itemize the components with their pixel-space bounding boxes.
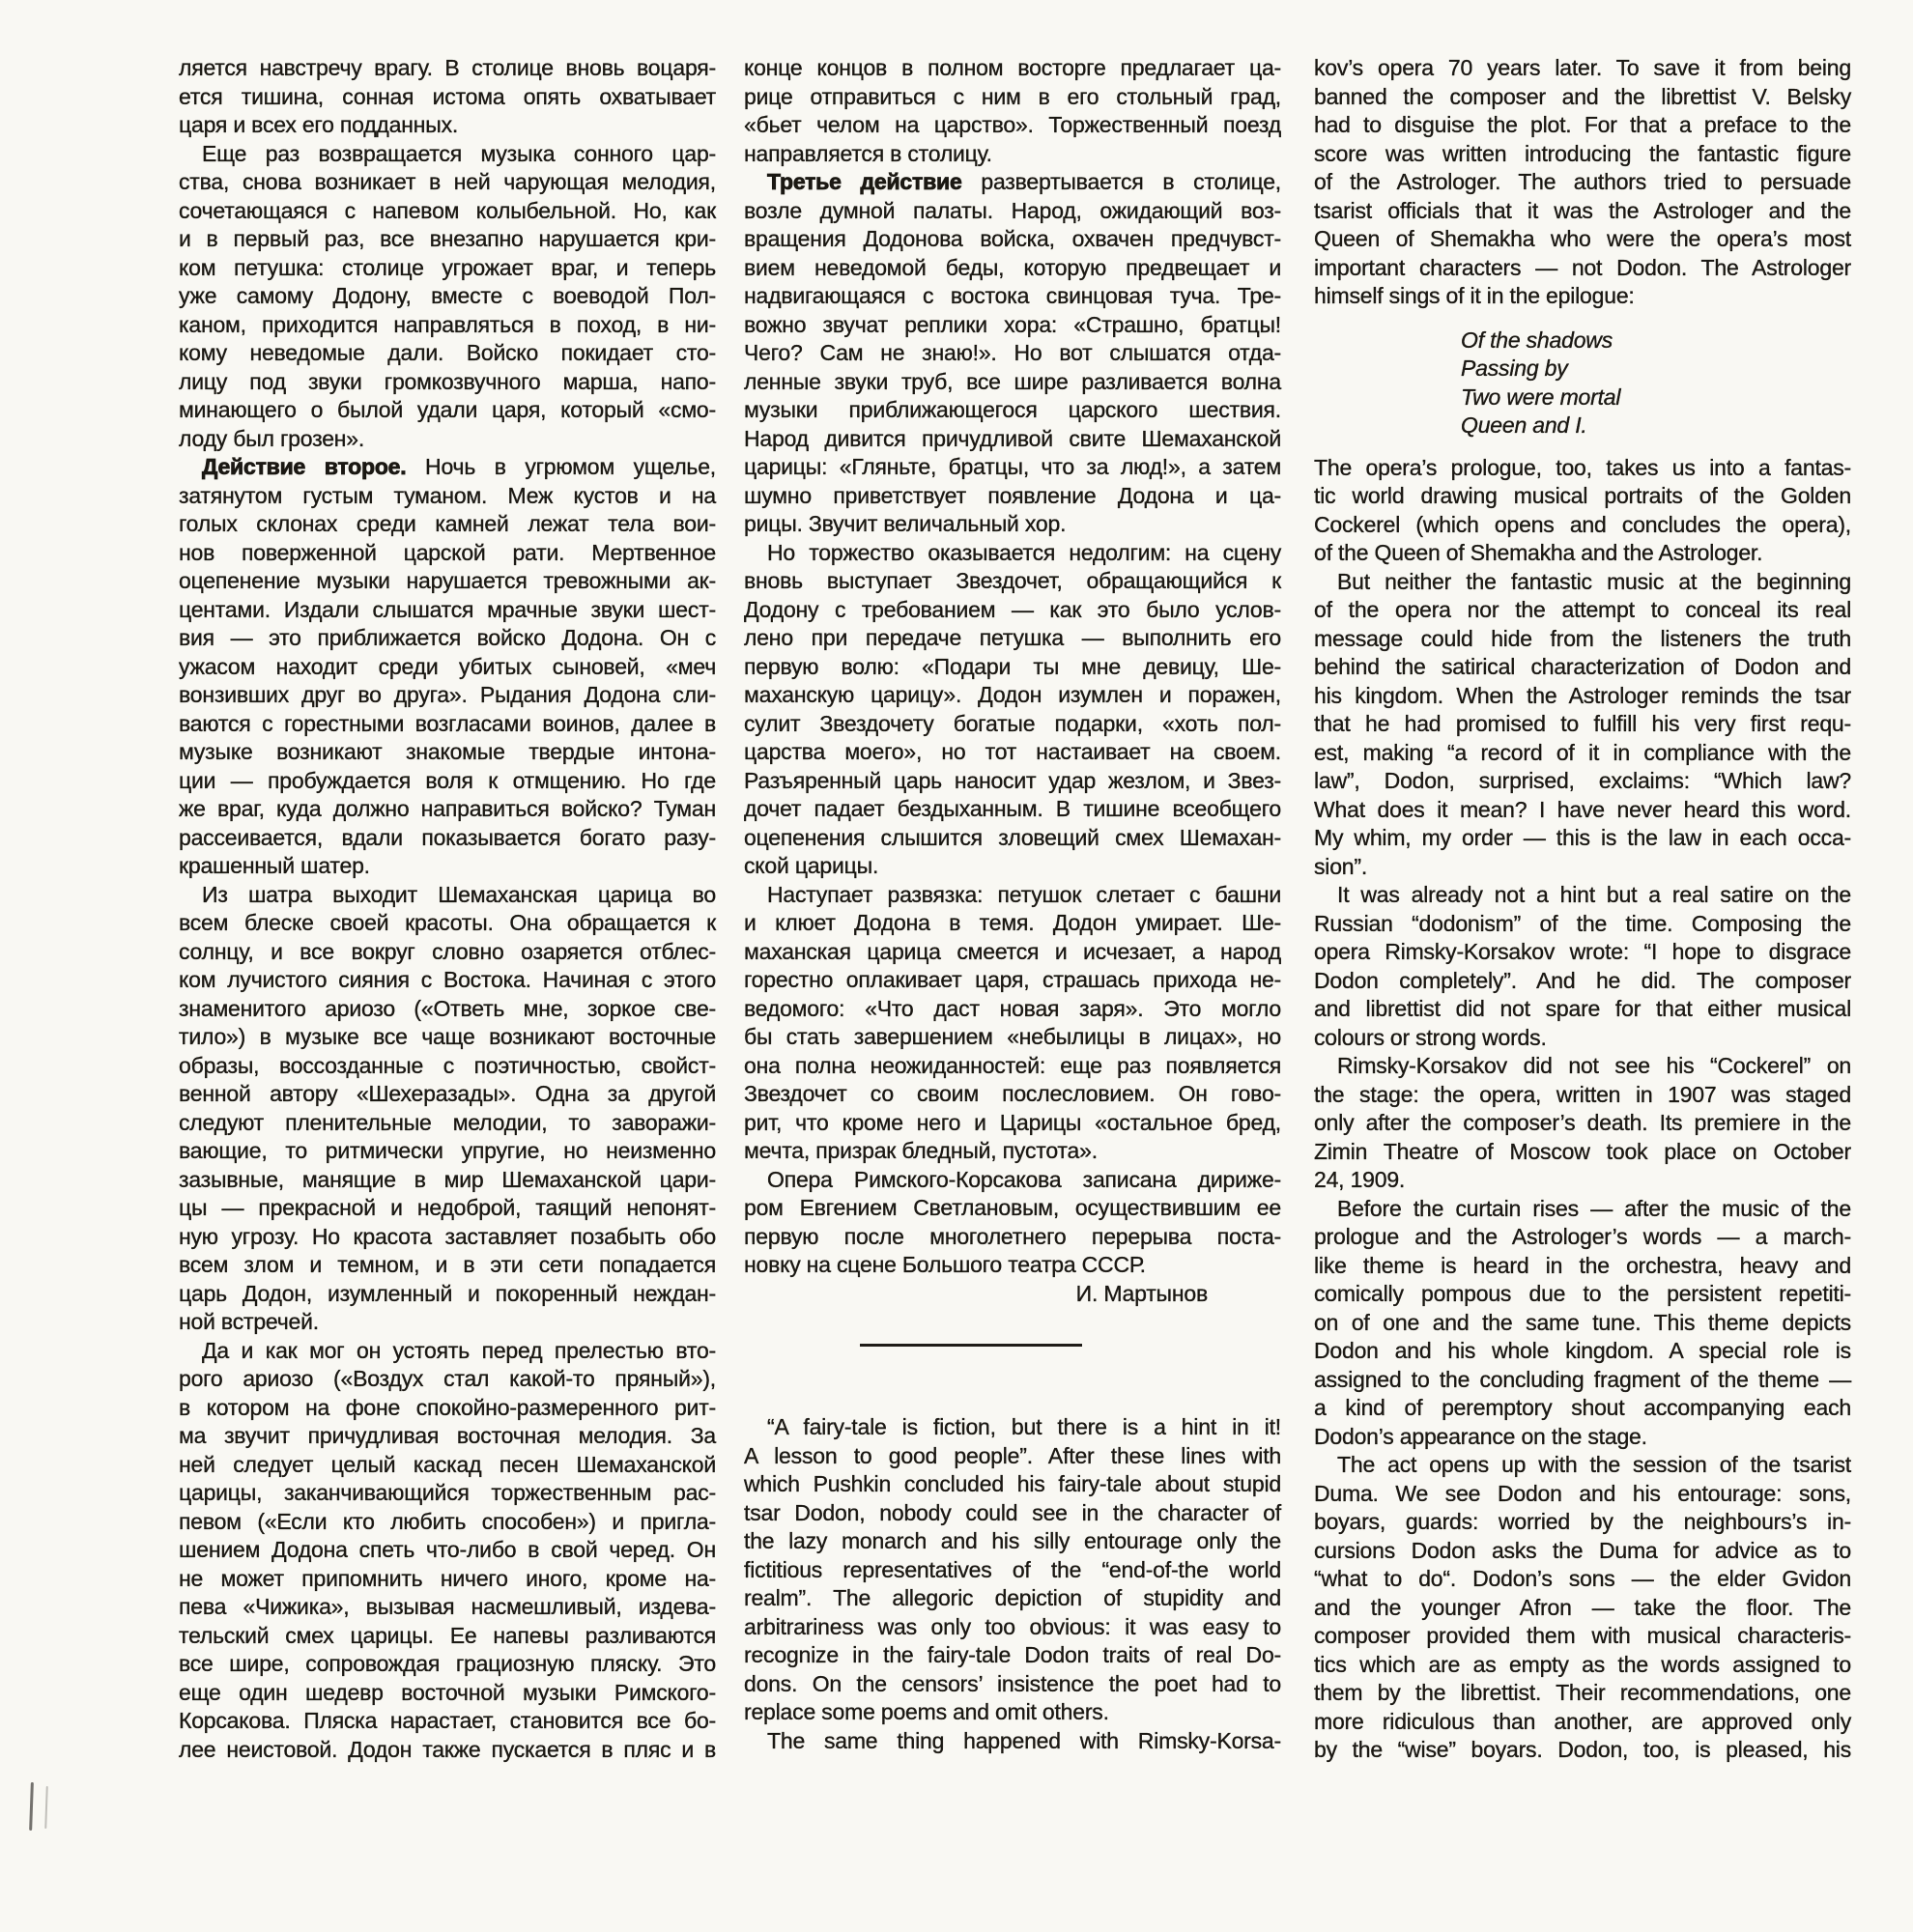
text-line: more ridiculous than another, are approv… (1314, 1708, 1851, 1737)
text-line: est, making “a record of it in complianc… (1314, 739, 1851, 768)
text-line: cursions Dodon asks the Duma for advice … (1314, 1537, 1851, 1566)
text-column-3-english: kov’s opera 70 years later. To save it f… (1314, 54, 1851, 1765)
text-line: But neither the fantastic music at the b… (1314, 568, 1851, 597)
text-line: ваются с горестными возгласами воинов, д… (179, 710, 716, 739)
text-line: colours or strong words. (1314, 1024, 1851, 1053)
text-line: sion”. (1314, 853, 1851, 882)
text-line: оцепенение музыки нарушается тревожными … (179, 567, 716, 596)
text-line: Разъяренный царь наносит удар жезлом, и … (744, 767, 1281, 796)
text-line: a kind of peremptory shout accompanying … (1314, 1394, 1851, 1423)
text-line: царицы: «Гляньте, братцы, что за люд!», … (744, 453, 1281, 482)
text-line: Додону с требованием — как это было усло… (744, 596, 1281, 625)
text-line: все шире, сопровождая грациозную пляску.… (179, 1650, 716, 1679)
text-line: рицы. Звучит величальный хор. (744, 510, 1281, 539)
text-line: вием неведомой беды, которую предвещает … (744, 254, 1281, 283)
text-line: and the younger Afron — take the floor. … (1314, 1594, 1851, 1623)
text-line: had to disguise the plot. For that a pre… (1314, 111, 1851, 140)
text-line: оцепенения слышится зловещий смех Шемаха… (744, 824, 1281, 853)
text-line: My whim, my order — this is the law in e… (1314, 824, 1851, 853)
text-line: Да и как мог он устоять перед прелестью … (179, 1337, 716, 1366)
text-line: всем злом и темном, и в эти сети попадае… (179, 1251, 716, 1280)
text-line: law”, Dodon, surprised, exclaims: “Which… (1314, 767, 1851, 796)
scan-artifact (29, 1782, 34, 1831)
text-column-2-russian-english: конце концов в полном восторге предлагае… (744, 54, 1281, 1755)
text-line: It was already not a hint but a real sat… (1314, 881, 1851, 910)
text-line: replace some poems and omit others. (744, 1698, 1281, 1727)
text-line: же враг, куда должно направиться войско?… (179, 795, 716, 824)
text-line: ком петушка: столице угрожает враг, и те… (179, 254, 716, 283)
text-line: знаменитого ариозо («Ответь мне, зоркое … (179, 995, 716, 1024)
scan-artifact (44, 1786, 48, 1829)
text-line: message could hide from the listeners th… (1314, 625, 1851, 654)
text-line: Опера Римского-Корсакова записана дириже… (744, 1166, 1281, 1195)
text-line: минающего о былой удали царя, который «с… (179, 396, 716, 425)
text-line: What does it mean? I have never heard th… (1314, 796, 1851, 825)
text-line: the stage: the opera, written in 1907 wa… (1314, 1081, 1851, 1110)
text-line: Но торжество оказывается недолгим: на сц… (744, 539, 1281, 568)
text-line: каном, приходится направляться в поход, … (179, 311, 716, 340)
author-signature: И. Мартынов (744, 1280, 1281, 1309)
text-line: солнцу, и все вокруг словно озаряется от… (179, 938, 716, 967)
text-line: ную угрозу. Но красота заставляет позабы… (179, 1223, 716, 1252)
liner-notes-page: ляется навстречу врагу. В столице вновь … (0, 0, 1913, 1932)
text-line: вращения Додонова войска, охвачен предчу… (744, 225, 1281, 254)
text-line: and librettist did not spare for that ei… (1314, 995, 1851, 1024)
text-line: еще один шедевр восточной музыки Римског… (179, 1679, 716, 1708)
text-line: Dodon and his whole kingdom. A special r… (1314, 1337, 1851, 1366)
text-line: Звездочет со своим послесловием. Он гово… (744, 1080, 1281, 1109)
text-line: his kingdom. When the Astrologer reminds… (1314, 682, 1851, 711)
text-line: вновь выступает Звездочет, обращающийся … (744, 567, 1281, 596)
text-line: горестно оплакивает царя, страшась прихо… (744, 966, 1281, 995)
text-line: лее неистовой. Додон также пускается в п… (179, 1736, 716, 1765)
text-line: тило») в музыке все чаще возникают восто… (179, 1023, 716, 1052)
text-line: which Pushkin concluded his fairy-tale a… (744, 1470, 1281, 1499)
text-line: Duma. We see Dodon and his entourage: so… (1314, 1480, 1851, 1509)
text-line: голых склонах среди камней лежат тела во… (179, 510, 716, 539)
text-line: tsarist officials that it was the Astrol… (1314, 197, 1851, 226)
text-line: prologue and the Astrologer’s words — a … (1314, 1223, 1851, 1252)
text-line: ской царицы. (744, 852, 1281, 881)
text-line: The opera’s prologue, too, takes us into… (1314, 454, 1851, 483)
spacer (744, 1347, 1281, 1413)
text-line: шением Додона спеть что-либо в свой чере… (179, 1536, 716, 1565)
text-line: ней следует целый каскад песен Шемаханск… (179, 1451, 716, 1480)
text-line: царицы, заканчивающийся торжественным ра… (179, 1479, 716, 1508)
text-line: рит, что кроме него и Царицы «остальное … (744, 1109, 1281, 1138)
text-line: «бьет челом на царство». Торжественный п… (744, 111, 1281, 140)
text-line: ром Евгением Светлановым, осуществившим … (744, 1194, 1281, 1223)
text-line: behind the satirical characterization of… (1314, 653, 1851, 682)
text-line: “A fairy-tale is fiction, but there is a… (744, 1413, 1281, 1442)
text-line: первую волю: «Подари ты мне девицу, Ше- (744, 653, 1281, 682)
text-line: конце концов в полном восторге предлагае… (744, 54, 1281, 83)
text-line: певом («Если кто любить способен») и при… (179, 1508, 716, 1537)
text-line: музыке возникают знакомые твердые интона… (179, 738, 716, 767)
text-line: banned the composer and the librettist V… (1314, 83, 1851, 112)
spacer (1314, 440, 1851, 454)
text-line: Zimin Theatre of Moscow took place on Oc… (1314, 1138, 1851, 1167)
text-line: arbitrariness was only too obvious: it w… (744, 1613, 1281, 1642)
text-line: сулит Звездочету богатые подарки, «хоть … (744, 710, 1281, 739)
text-line: tic world drawing musical portraits of t… (1314, 482, 1851, 511)
text-line: лоду был грозен». (179, 425, 716, 454)
text-line: рассеивается, вдали показывается богато … (179, 824, 716, 853)
text-line: бы стать завершением «небылицы в лицах»,… (744, 1023, 1281, 1052)
text-line: of the Astrologer. The authors tried to … (1314, 168, 1851, 197)
text-line: them by the librettist. Their recommenda… (1314, 1679, 1851, 1708)
text-line: царства моего», но тот настаивает на сво… (744, 738, 1281, 767)
text-line: нов поверженной царской рати. Мертвенное (179, 539, 716, 568)
text-line: шумно приветствует появление Додона и ца… (744, 482, 1281, 511)
text-line: ляется навстречу врагу. В столице вновь … (179, 54, 716, 83)
text-line: направляется в столицу. (744, 140, 1281, 169)
text-line: of the opera nor the attempt to conceal … (1314, 596, 1851, 625)
verse-line: Of the shadows (1314, 327, 1851, 355)
text-line: вожно звучат реплики хора: «Страшно, бра… (744, 311, 1281, 340)
text-line: и клюет Додона в темя. Додон умирает. Ше… (744, 909, 1281, 938)
text-line: маханская царица смеется и исчезает, а н… (744, 938, 1281, 967)
text-line: Dodon completely”. And he did. The compo… (1314, 967, 1851, 996)
text-line: on of one and the same tune. This theme … (1314, 1309, 1851, 1338)
text-line: assigned to the concluding fragment of t… (1314, 1366, 1851, 1395)
text-line: венной автору «Шехеразады». Одна за друг… (179, 1080, 716, 1109)
text-line: dons. On the censors’ insistence the poe… (744, 1670, 1281, 1699)
text-line: лицу под звуки громкозвучного марша, нап… (179, 368, 716, 397)
text-line: ства, снова возникает в ней чарующая мел… (179, 168, 716, 197)
text-line: score was written introducing the fantas… (1314, 140, 1851, 169)
text-line: himself sings of it in the epilogue: (1314, 282, 1851, 311)
text-line: в котором на фоне спокойно-размеренного … (179, 1394, 716, 1423)
text-line: лено при передаче петушка — выполнить ег… (744, 624, 1281, 653)
verse-line: Queen and I. (1314, 412, 1851, 440)
text-line: вия — это приближается войско Додона. Он… (179, 624, 716, 653)
text-line: Rimsky-Korsakov did not see his “Cockere… (1314, 1052, 1851, 1081)
text-line: that he had promised to fulfill his very… (1314, 710, 1851, 739)
text-line: like theme is heard in the orchestra, he… (1314, 1252, 1851, 1281)
text-line: tics which are as empty as the words ass… (1314, 1651, 1851, 1680)
text-line: tsar Dodon, nobody could see in the char… (744, 1499, 1281, 1528)
text-line: Еще раз возвращается музыка сонного цар- (179, 140, 716, 169)
text-line: Russian “dodonism” of the time. Composin… (1314, 910, 1851, 939)
text-line: ется тишина, сонная истома опять охватыв… (179, 83, 716, 112)
text-line: уже самому Додону, вместе с воеводой Пол… (179, 282, 716, 311)
text-line: и в первый раз, все внезапно нарушается … (179, 225, 716, 254)
text-line: надвигающаяся с востока свинцовая туча. … (744, 282, 1281, 311)
text-line: вонзивших друг во друга». Рыдания Додона… (179, 681, 716, 710)
text-line: A lesson to good people”. After these li… (744, 1442, 1281, 1471)
text-line: comically pompous due to the persistent … (1314, 1280, 1851, 1309)
text-line: only after the composer’s death. Its pre… (1314, 1109, 1851, 1138)
text-line: пева «Чижика», вызывая насмешливый, изде… (179, 1593, 716, 1622)
text-line: образы, воссозданные с поэтичностью, сво… (179, 1052, 716, 1081)
text-line: recognize in the fairy-tale Dodon traits… (744, 1641, 1281, 1670)
text-column-1-russian: ляется навстречу врагу. В столице вновь … (179, 54, 716, 1764)
text-line: кому неведомые дали. Войско покидает сто… (179, 339, 716, 368)
verse-line: Passing by (1314, 355, 1851, 384)
text-line: сочетающаяся с напевом колыбельной. Но, … (179, 197, 716, 226)
text-line: дочет падает бездыханным. В тишине всеоб… (744, 795, 1281, 824)
act-heading: Действие второе. (202, 454, 406, 479)
text-line: opera Rimsky-Korsakov wrote: “I hope to … (1314, 938, 1851, 967)
text-line: центами. Издали слышатся мрачные звуки ш… (179, 596, 716, 625)
text-line: мечта, призрак бледный, пустота». (744, 1137, 1281, 1166)
text-line: Наступает развязка: петушок слетает с ба… (744, 881, 1281, 910)
text-line: The act opens up with the session of the… (1314, 1451, 1851, 1480)
text-line: fictitious representatives of the “end-o… (744, 1556, 1281, 1585)
text-line: composer provided them with musical char… (1314, 1622, 1851, 1651)
text-line: kov’s opera 70 years later. To save it f… (1314, 54, 1851, 83)
text-line: ужасом находит среди убитых сыновей, «ме… (179, 653, 716, 682)
text-line: царя и всех его подданных. (179, 111, 716, 140)
text-line: by the “wise” boyars. Dodon, too, is ple… (1314, 1736, 1851, 1765)
text-line: Третье действие развертывается в столице… (744, 168, 1281, 197)
text-line: следуют пленительные мелодии, то завораж… (179, 1109, 716, 1138)
text-line: Before the curtain rises — after the mus… (1314, 1195, 1851, 1224)
text-line: ведомого: «Что даст новая заря». Это мог… (744, 995, 1281, 1024)
text-line: ленные звуки труб, все шире разливается … (744, 368, 1281, 397)
text-line: вающие, то ритмически упругие, но неизме… (179, 1137, 716, 1166)
text-line: первую после многолетнего перерыва поста… (744, 1223, 1281, 1252)
spacer (744, 1308, 1281, 1344)
text-line: всем блеске своей красоты. Она обращаетс… (179, 909, 716, 938)
text-line: 24, 1909. (1314, 1166, 1851, 1195)
text-line: Dodon’s appearance on the stage. (1314, 1423, 1851, 1452)
spacer (1314, 311, 1851, 327)
text-line: of the Queen of Shemakha and the Astrolo… (1314, 539, 1851, 568)
text-line: important characters — not Dodon. The As… (1314, 254, 1851, 283)
text-line: Действие второе. Ночь в угрюмом ущелье, (179, 453, 716, 482)
text-line: Чего? Сам не знаю!». Но вот слышатся отд… (744, 339, 1281, 368)
text-line: boyars, guards: worried by the neighbour… (1314, 1508, 1851, 1537)
text-line: Cockerel (which opens and concludes the … (1314, 511, 1851, 540)
text-line: не может припомнить ничего иного, кроме … (179, 1565, 716, 1594)
text-line: музыки приближающегося царского шествия. (744, 396, 1281, 425)
text-line: рице отправиться с ним в его стольный гр… (744, 83, 1281, 112)
text-line: “what to do“. Dodon’s sons — the elder G… (1314, 1565, 1851, 1594)
text-line: Из шатра выходит Шемаханская царица во (179, 881, 716, 910)
text-line: Корсакова. Пляска нарастает, становится … (179, 1707, 716, 1736)
verse-line: Two were mortal (1314, 384, 1851, 412)
text-line: The same thing happened with Rimsky-Kors… (744, 1727, 1281, 1756)
text-line: the lazy monarch and his silly entourage… (744, 1527, 1281, 1556)
text-line: realm”. The allegoric depiction of stupi… (744, 1584, 1281, 1613)
text-line: Народ дивится причудливой свите Шемаханс… (744, 425, 1281, 454)
text-line: цы — прекрасной и недоброй, таящий непон… (179, 1194, 716, 1223)
text-line: крашенный шатер. (179, 852, 716, 881)
text-line: ма звучит причудливая восточная мелодия.… (179, 1422, 716, 1451)
text-line: маханскую царицу». Додон изумлен и пораж… (744, 681, 1281, 710)
text-line: тельский смех царицы. Ее напевы разливаю… (179, 1622, 716, 1651)
text-line: возле думной палаты. Народ, ожидающий во… (744, 197, 1281, 226)
text-line: рого ариозо («Воздух стал какой-то пряны… (179, 1365, 716, 1394)
text-line: затянутом густым туманом. Меж кустов и н… (179, 482, 716, 511)
text-line: ной встречей. (179, 1308, 716, 1337)
text-line: зазывные, манящие в мир Шемаханской цари… (179, 1166, 716, 1195)
text-line: она полна неожиданностей: еще раз появля… (744, 1052, 1281, 1081)
text-line: царь Додон, изумленный и покоренный нежд… (179, 1280, 716, 1309)
text-line: ком лучистого сияния с Востока. Начиная … (179, 966, 716, 995)
text-line: новку на сцене Большого театра СССР. (744, 1251, 1281, 1280)
text-line: ции — пробуждается воля к отмщению. Но г… (179, 767, 716, 796)
text-line: Queen of Shemakha who were the opera’s m… (1314, 225, 1851, 254)
act-heading: Третье действие (767, 169, 962, 194)
